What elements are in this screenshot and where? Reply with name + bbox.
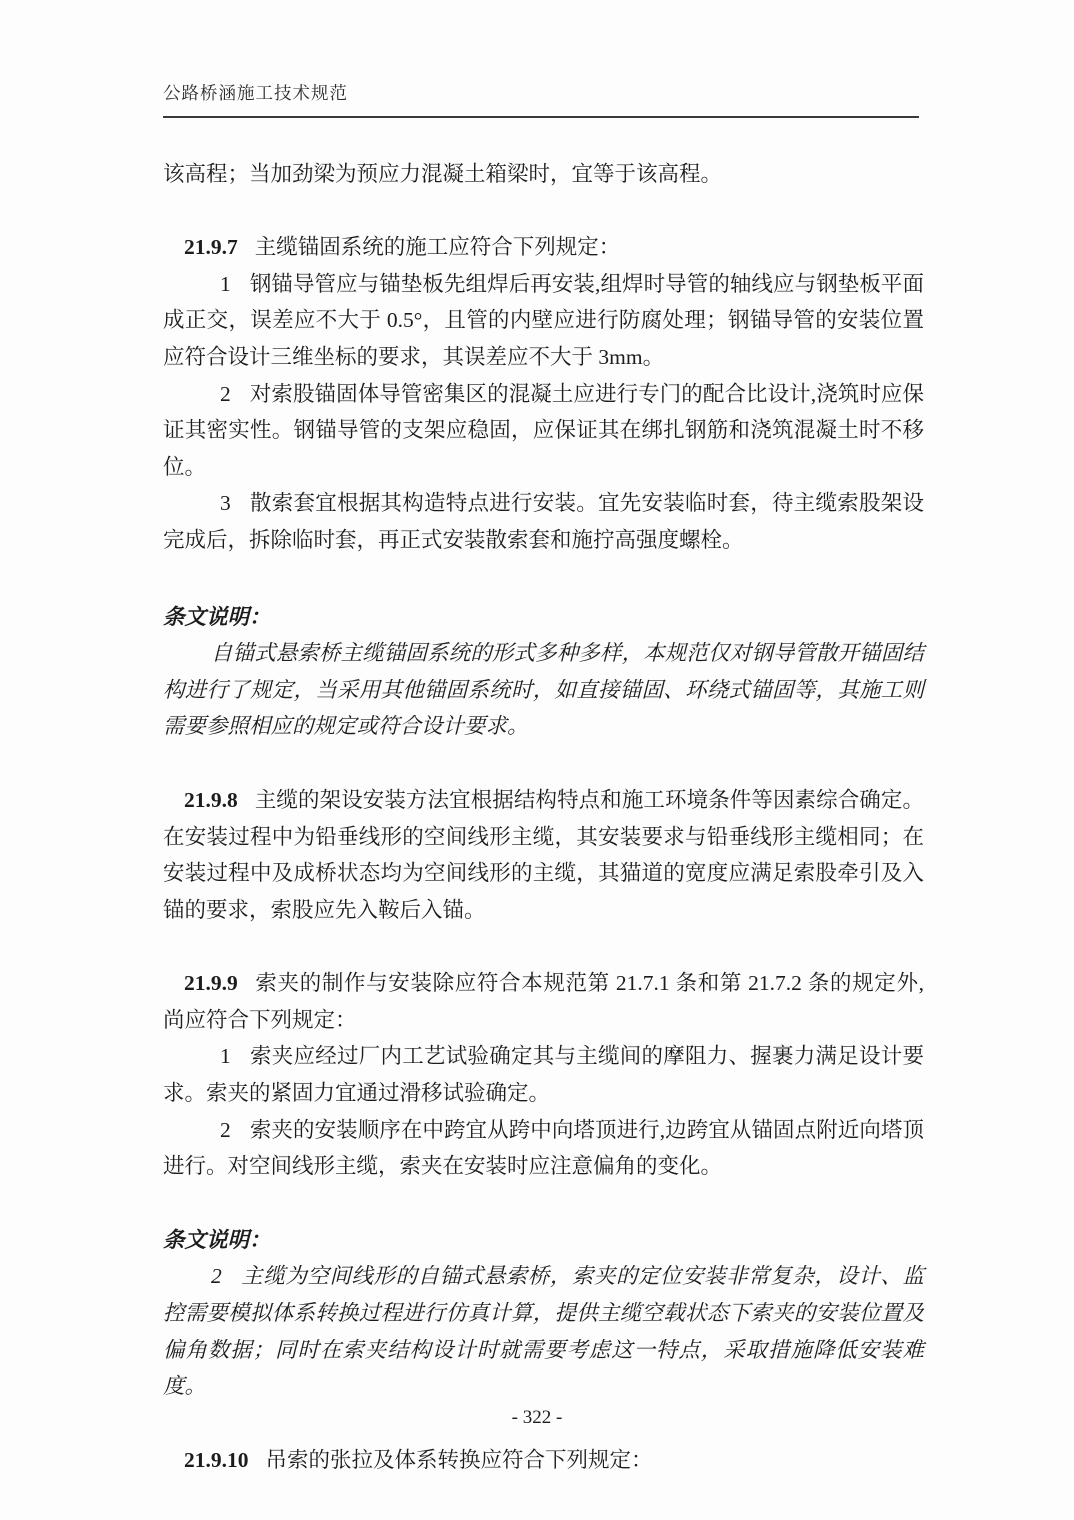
- numbered-item: 2索夹的安装顺序在中跨宜从跨中向塔顶进行,边跨宜从锚固点附近向塔顶进行。对空间线…: [163, 1112, 924, 1185]
- numbered-item: 3散索套宜根据其构造特点进行安装。宜先安装临时套，待主缆索股架设完成后，拆除临时…: [163, 485, 924, 558]
- item-number: 2: [211, 1264, 222, 1288]
- commentary-heading-text: 条文说明：: [163, 1228, 271, 1252]
- clause-number: 21.9.10: [184, 1448, 249, 1472]
- page-footer: - 322 -: [0, 1400, 1074, 1437]
- numbered-item: 1索夹应经过厂内工艺试验确定其与主缆间的摩阻力、握裹力满足设计要求。索夹的紧固力…: [163, 1038, 924, 1111]
- clause-21-9-10-heading: 21.9.10吊索的张拉及体系转换应符合下列规定：: [163, 1442, 924, 1479]
- clause-number: 21.9.9: [184, 971, 238, 995]
- item-number: 2: [220, 382, 231, 406]
- clause-text: 索夹的制作与安装除应符合本规范第 21.7.1 条和第 21.7.2 条的规定外…: [163, 971, 924, 1032]
- commentary-text: 自锚式悬索桥主缆锚固系统的形式多种多样，本规范仅对钢导管散开锚固结构进行了规定，…: [163, 641, 924, 738]
- page-header: 公路桥涵施工技术规范: [163, 74, 919, 118]
- document-page: 公路桥涵施工技术规范 该高程；当加劲梁为预应力混凝土箱梁时，宜等于该高程。 21…: [0, 0, 1074, 1520]
- clause-text: 主缆锚固系统的施工应符合下列规定：: [255, 235, 621, 259]
- item-text: 索夹应经过厂内工艺试验确定其与主缆间的摩阻力、握裹力满足设计要求。索夹的紧固力宜…: [163, 1044, 924, 1105]
- item-number: 3: [220, 491, 231, 515]
- item-text: 散索套宜根据其构造特点进行安装。宜先安装临时套，待主缆索股架设完成后，拆除临时套…: [163, 491, 924, 552]
- page-number: - 322 -: [512, 1407, 563, 1428]
- clause-text: 吊索的张拉及体系转换应符合下列规定：: [266, 1448, 653, 1472]
- clause-21-9-7-heading: 21.9.7主缆锚固系统的施工应符合下列规定：: [163, 229, 924, 266]
- commentary-heading-text: 条文说明：: [163, 605, 271, 629]
- header-title: 公路桥涵施工技术规范: [163, 83, 348, 103]
- continuation-paragraph: 该高程；当加劲梁为预应力混凝土箱梁时，宜等于该高程。: [163, 156, 924, 193]
- commentary-heading: 条文说明：: [163, 1222, 924, 1259]
- numbered-item: 2对索股锚固体导管密集区的混凝土应进行专门的配合比设计,浇筑时应保证其密实性。钢…: [163, 376, 924, 486]
- clause-text: 主缆的架设安装方法宜根据结构特点和施工环境条件等因素综合确定。在安装过程中为铅垂…: [163, 788, 924, 922]
- item-text: 对索股锚固体导管密集区的混凝土应进行专门的配合比设计,浇筑时应保证其密实性。钢锚…: [163, 382, 924, 479]
- clause-number: 21.9.7: [184, 235, 238, 259]
- item-number: 1: [220, 272, 231, 296]
- paragraph-text: 该高程；当加劲梁为预应力混凝土箱梁时，宜等于该高程。: [163, 162, 722, 186]
- numbered-item: 1钢锚导管应与锚垫板先组焊后再安装,组焊时导管的轴线应与钢垫板平面成正交，误差应…: [163, 266, 924, 376]
- clause-21-9-9-paragraph: 21.9.9索夹的制作与安装除应符合本规范第 21.7.1 条和第 21.7.2…: [163, 965, 924, 1038]
- item-text: 索夹的安装顺序在中跨宜从跨中向塔顶进行,边跨宜从锚固点附近向塔顶进行。对空间线形…: [163, 1118, 924, 1179]
- commentary-item: 2主缆为空间线形的自锚式悬索桥，索夹的定位安装非常复杂，设计、监控需要模拟体系转…: [163, 1258, 924, 1404]
- item-text: 钢锚导管应与锚垫板先组焊后再安装,组焊时导管的轴线应与钢垫板平面成正交，误差应不…: [163, 272, 924, 369]
- clause-21-9-8-paragraph: 21.9.8主缆的架设安装方法宜根据结构特点和施工环境条件等因素综合确定。在安装…: [163, 782, 924, 928]
- clause-number: 21.9.8: [184, 788, 238, 812]
- item-number: 2: [220, 1118, 231, 1142]
- commentary-paragraph: 自锚式悬索桥主缆锚固系统的形式多种多样，本规范仅对钢导管散开锚固结构进行了规定，…: [163, 635, 924, 745]
- item-number: 1: [220, 1044, 231, 1068]
- commentary-text: 主缆为空间线形的自锚式悬索桥，索夹的定位安装非常复杂，设计、监控需要模拟体系转换…: [163, 1264, 924, 1398]
- commentary-heading: 条文说明：: [163, 599, 924, 636]
